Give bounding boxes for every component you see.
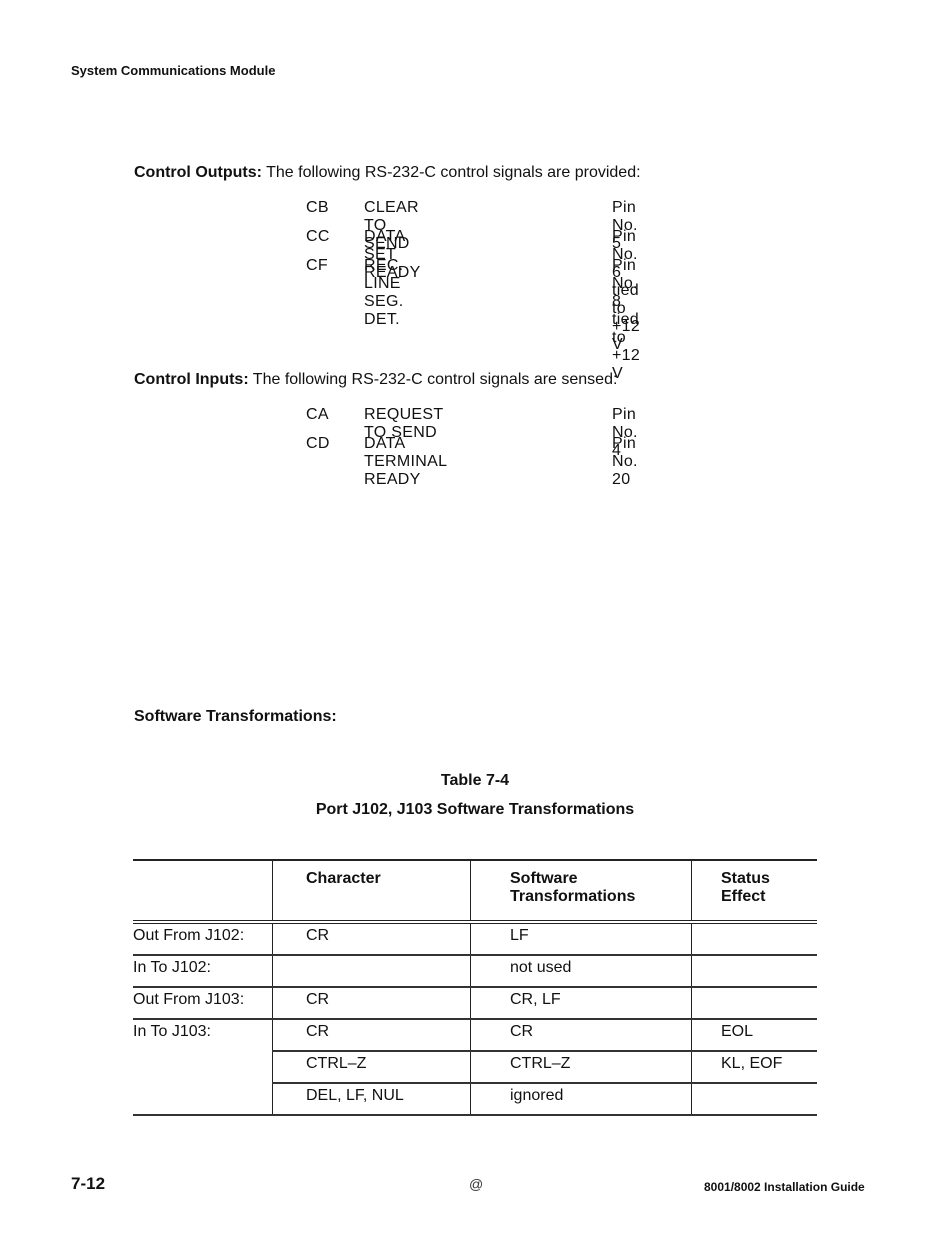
cell-status [692, 1083, 818, 1115]
guide-title: 8001/8002 Installation Guide [704, 1180, 865, 1194]
signal-pin: Pin No. 20 [612, 435, 638, 489]
cell-status: KL, EOF [692, 1051, 818, 1083]
signal-name: DATA TERMINAL READY [364, 435, 447, 489]
cell-port: In To J103: [133, 1019, 273, 1115]
control-outputs-text: The following RS-232-C control signals a… [266, 164, 640, 181]
column-header-status-effect: Status Effect [692, 860, 818, 922]
cell-transformation: CR, LF [471, 987, 692, 1019]
cell-port: Out From J103: [133, 987, 273, 1019]
column-header-port [133, 860, 273, 922]
cell-character [273, 955, 471, 987]
cell-status [692, 987, 818, 1019]
cell-port: Out From J102: [133, 922, 273, 955]
cell-port: In To J102: [133, 955, 273, 987]
table-header-row: Character SoftwareTransformations Status… [133, 860, 817, 922]
table-number: Table 7-4 [0, 772, 950, 790]
cell-character: CR [273, 987, 471, 1019]
table-title: Port J102, J103 Software Transformations [0, 801, 950, 819]
cell-character: CR [273, 922, 471, 955]
cell-character: CTRL–Z [273, 1051, 471, 1083]
signal-code: CB [306, 199, 329, 217]
cell-transformation: LF [471, 922, 692, 955]
section-title: Software Transformations: [134, 708, 337, 726]
cell-transformation: ignored [471, 1083, 692, 1115]
page-number: 7-12 [71, 1174, 105, 1194]
signal-code: CA [306, 406, 329, 424]
copyright-mark: @ [469, 1176, 483, 1192]
control-outputs-label: Control Outputs: [134, 164, 262, 181]
software-transformations-table: Character SoftwareTransformations Status… [133, 859, 817, 1116]
running-head: System Communications Module [71, 63, 275, 78]
column-header-character: Character [273, 860, 471, 922]
control-inputs-text: The following RS-232-C control signals a… [253, 371, 618, 388]
cell-transformation: CTRL–Z [471, 1051, 692, 1083]
table-row: Out From J103: CR CR, LF [133, 987, 817, 1019]
cell-transformation: not used [471, 955, 692, 987]
control-inputs-intro: Control Inputs: The following RS-232-C c… [134, 371, 617, 389]
table-row: In To J103: CR CR EOL [133, 1019, 817, 1051]
table-row: In To J102: not used [133, 955, 817, 987]
cell-character: DEL, LF, NUL [273, 1083, 471, 1115]
cell-status [692, 955, 818, 987]
cell-status [692, 922, 818, 955]
signal-code: CD [306, 435, 330, 453]
cell-transformation: CR [471, 1019, 692, 1051]
cell-character: CR [273, 1019, 471, 1051]
cell-status: EOL [692, 1019, 818, 1051]
signal-code: CC [306, 228, 330, 246]
signal-name: REC. LINE SEG. DET. [364, 257, 403, 329]
control-inputs-label: Control Inputs: [134, 371, 249, 388]
signal-pin: Pin No. 8 tied to +12 V [612, 257, 640, 383]
table-row: Out From J102: CR LF [133, 922, 817, 955]
control-outputs-intro: Control Outputs: The following RS-232-C … [134, 164, 641, 182]
column-header-software-transformations: SoftwareTransformations [471, 860, 692, 922]
signal-code: CF [306, 257, 328, 275]
